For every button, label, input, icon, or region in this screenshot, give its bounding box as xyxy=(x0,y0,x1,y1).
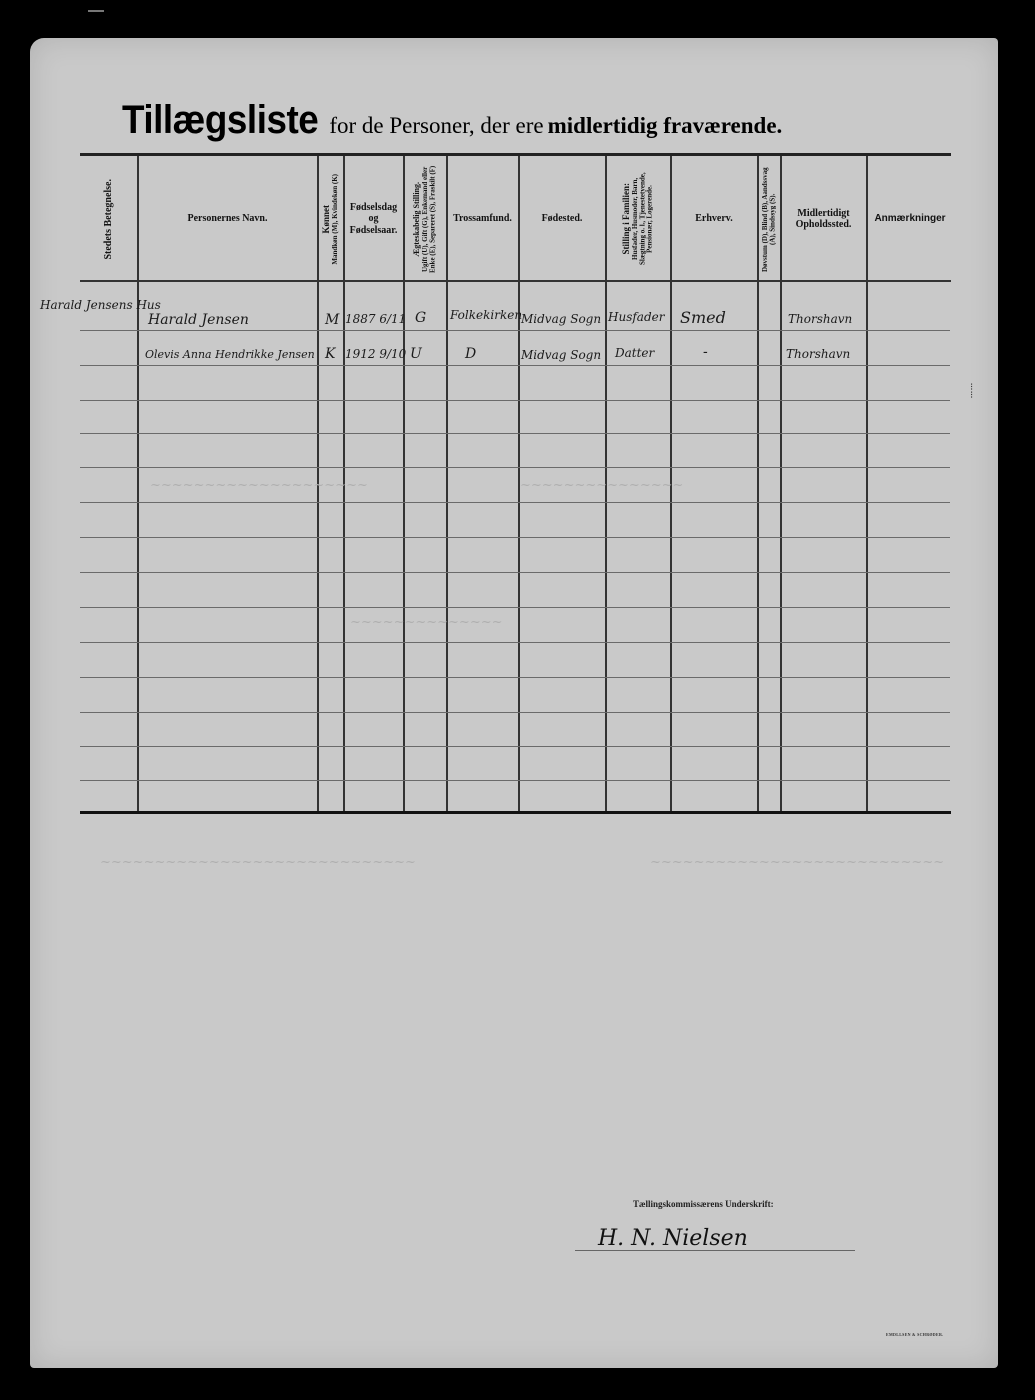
row-line xyxy=(80,537,950,538)
cell-erhverv: Smed xyxy=(680,308,726,327)
header-stilling-familien: Stilling i Familien: Husfader, Husmoder,… xyxy=(607,158,669,280)
cell-fodselsdag: 1912 9/10 xyxy=(345,347,406,361)
row-line xyxy=(80,746,950,747)
header-label: Midlertidigt xyxy=(797,208,849,220)
header-trossamfund: Trossamfund. xyxy=(448,158,517,280)
cell-fodested: Midvag Sogn xyxy=(521,312,601,326)
header-erhverv: Erhverv. xyxy=(672,158,756,280)
bleed-through-text: ~~~~~~~~~~~~~~ xyxy=(350,615,503,630)
cell-opholdssted: Thorshavn xyxy=(788,312,852,326)
row-line xyxy=(80,677,950,678)
margin-marks: ⁝⁝ xyxy=(970,384,973,400)
cell-trossamfund: Folkekirken xyxy=(450,308,522,322)
header-aegteskabelig: Ægteskabelig Stilling. Ugift (U), Gift (… xyxy=(405,158,445,280)
row-line xyxy=(80,642,950,643)
cell-trossamfund: D xyxy=(465,346,476,362)
header-kjonnet: Kønnet Mandkøn (M), Kvindekøn (K) xyxy=(319,158,342,280)
cell-stilling-familien: Datter xyxy=(615,346,654,360)
form-title-emphasis: midlertidig fraværende. xyxy=(548,113,783,138)
header-label: Anmærkninger xyxy=(874,213,945,225)
cell-personernes-navn: Harald Jensen xyxy=(148,312,249,328)
header-label: Fødselsaar. xyxy=(350,225,398,237)
table-bottom-border xyxy=(80,811,951,814)
header-fodested: Fødested. xyxy=(520,158,604,280)
header-label: og xyxy=(369,213,379,225)
signature-line xyxy=(575,1250,855,1251)
cell-aegteskabelig: U xyxy=(410,346,422,362)
cell-aegteskabelig: G xyxy=(415,310,426,326)
header-anmaerkninger: Anmærkninger xyxy=(868,158,952,280)
header-label: Fødested. xyxy=(542,213,583,225)
header-opholdssted: Midlertidigt Opholdssted. xyxy=(782,158,865,280)
cell-kjonnet: K xyxy=(325,346,335,362)
cell-erhverv: - xyxy=(703,344,708,360)
header-label: Trossamfund. xyxy=(453,213,512,225)
header-label: Kønnet xyxy=(322,205,331,234)
row-line xyxy=(80,607,950,608)
printer-mark: EMDLLSEN & SCHRØDER. xyxy=(886,1332,943,1337)
row-line xyxy=(80,467,950,468)
scan-mark xyxy=(88,10,104,18)
header-sublabel: Ugift (U), Gift (G), Enkemand eller Enke… xyxy=(422,164,437,274)
form-title: Tillægsliste for de Personer, der ere mi… xyxy=(122,98,782,143)
row-line xyxy=(80,433,950,434)
header-label: Fødselsdag xyxy=(350,202,397,214)
header-sublabel: Mandkøn (M), Kvindekøn (K) xyxy=(332,174,339,265)
bleed-through-text: ~~~~~~~~~~~~~~~~~~~~~~~~~~~ xyxy=(650,855,944,870)
cell-fodselsdag: 1887 6/11 xyxy=(345,312,406,326)
row-line xyxy=(80,400,950,401)
signature-label: Tællingskommissærens Underskrift: xyxy=(633,1199,774,1209)
header-dovstum: Døvstum (D), Blind (B), Aandssvag (A), S… xyxy=(759,158,779,280)
header-sublabel: Husfader, Husmoder, Barn, Slægtning o. l… xyxy=(632,164,654,274)
row-line xyxy=(80,330,950,331)
row-line xyxy=(80,572,950,573)
row-line xyxy=(80,712,950,713)
bleed-through-text: ~~~~~~~~~~~~~~~~~~~~ xyxy=(150,478,368,493)
header-bottom-border xyxy=(80,280,951,282)
bleed-through-text: ~~~~~~~~~~~~~~~~~~~~~~~~~~~~~ xyxy=(100,855,416,870)
row-line xyxy=(80,365,950,366)
cell-kjonnet: M xyxy=(325,312,339,328)
cell-personernes-navn: Olevis Anna Hendrikke Jensen xyxy=(145,348,315,361)
row-line xyxy=(80,502,950,503)
header-label: Opholdssted. xyxy=(796,219,852,231)
cell-opholdssted: Thorshavn xyxy=(786,347,850,361)
signature-value: H. N. Nielsen xyxy=(598,1226,748,1251)
header-label: Personernes Navn. xyxy=(188,213,268,225)
form-title-middle: for de Personer, der ere xyxy=(329,113,543,138)
bleed-through-text: ~~~~~~~~~~~~~~~ xyxy=(520,478,683,493)
cell-stedets-betegnelse: Harald Jensens Hus xyxy=(40,298,161,312)
table-top-border xyxy=(80,153,951,156)
row-line xyxy=(80,780,950,781)
header-personernes-navn: Personernes Navn. xyxy=(139,158,316,280)
header-label: Døvstum (D), Blind (B), Aandssvag (A), S… xyxy=(762,162,777,277)
cell-stilling-familien: Husfader xyxy=(608,310,664,324)
form-title-main: Tillægsliste xyxy=(122,98,318,143)
cell-fodested: Midvag Sogn xyxy=(521,348,601,362)
header-fodselsdag: Fødselsdag og Fødselsaar. xyxy=(345,158,402,280)
header-stedets-betegnelse: Stedets Betegnelse. xyxy=(82,158,136,280)
header-label: Erhverv. xyxy=(695,213,733,225)
header-label: Stedets Betegnelse. xyxy=(103,179,115,260)
